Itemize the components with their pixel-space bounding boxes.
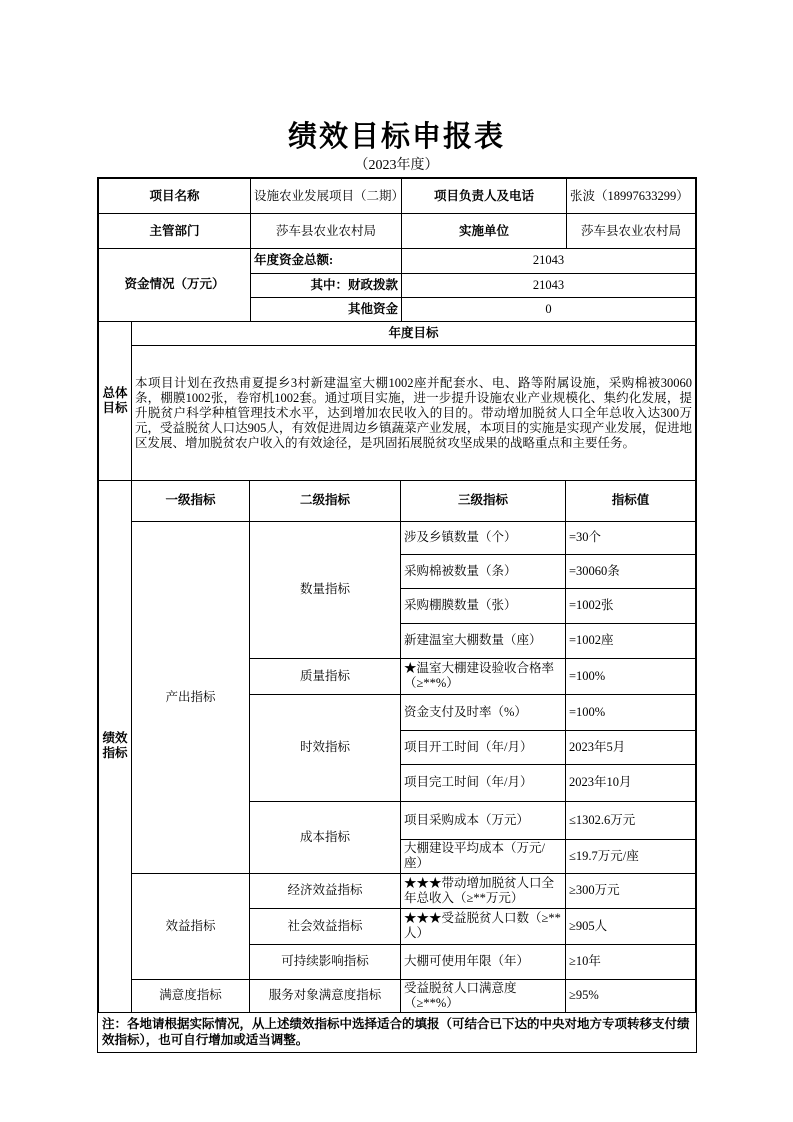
indicator-value-cell: ≥10年: [566, 944, 696, 979]
funding-total-label: 年度资金总额:: [251, 249, 402, 273]
funding-fiscal-label: 其中：财政拨款: [251, 273, 402, 297]
project-name-label: 项目名称: [99, 179, 251, 214]
overall-goal-side-label: 总体 目标: [99, 322, 132, 481]
indicator-value-cell: 2023年10月: [566, 764, 696, 801]
indicators-table: 绩效 指标 一级指标 二级指标 三级指标 指标值 产出指标 数量指标 涉及乡镇数…: [98, 481, 696, 1013]
page-subtitle: （2023年度）: [0, 154, 793, 174]
competent-dept-value: 莎车县农业农村局: [251, 214, 402, 249]
indicator-name-cell: 受益脱贫人口满意度（≥**%）: [401, 979, 566, 1012]
implement-unit-value: 莎车县农业农村局: [567, 214, 696, 249]
indicator-value-cell: ≥905人: [566, 908, 696, 944]
level1-benefit: 效益指标: [132, 873, 250, 979]
basic-info-table: 项目名称 设施农业发展项目（二期） 项目负责人及电话 张波（1899763329…: [98, 178, 696, 249]
annual-goal-text: 本项目计划在孜热甫夏提乡3村新建温室大棚1002座并配套水、电、路等附属设施，采…: [132, 346, 696, 481]
table-row: 效益指标 经济效益指标 ★★★带动增加脱贫人口全年总收入（≥**万元） ≥300…: [99, 873, 696, 908]
indicator-name-cell: 涉及乡镇数量（个）: [401, 521, 566, 554]
funding-other-label: 其他资金: [251, 297, 402, 321]
indicator-value-cell: =100%: [566, 694, 696, 730]
indicator-value-cell: =30个: [566, 521, 696, 554]
level2-service: 服务对象满意度指标: [250, 979, 401, 1012]
header-value: 指标值: [566, 481, 696, 521]
table-row: 满意度指标 服务对象满意度指标 受益脱贫人口满意度（≥**%） ≥95%: [99, 979, 696, 1012]
table-row: 产出指标 数量指标 涉及乡镇数量（个） =30个: [99, 521, 696, 554]
overall-goal-table: 总体 目标 年度目标 本项目计划在孜热甫夏提乡3村新建温室大棚1002座并配套水…: [98, 322, 696, 482]
indicator-name-cell: 项目采购成本（万元）: [401, 801, 566, 839]
indicator-name-cell: 大棚可使用年限（年）: [401, 944, 566, 979]
declaration-table: 项目名称 设施农业发展项目（二期） 项目负责人及电话 张波（1899763329…: [97, 177, 697, 1053]
level2-cost: 成本指标: [250, 801, 401, 873]
indicator-value-cell: ≥95%: [566, 979, 696, 1012]
indicator-value-cell: =1002张: [566, 588, 696, 623]
project-leader-value: 张波（18997633299）: [567, 179, 696, 214]
document-page: 绩效目标申报表 （2023年度） 项目名称 设施农业发展项目（二期） 项目负责人…: [0, 0, 793, 1122]
implement-unit-label: 实施单位: [402, 214, 567, 249]
header-level2: 二级指标: [250, 481, 401, 521]
header-level1: 一级指标: [132, 481, 250, 521]
level2-quality: 质量指标: [250, 658, 401, 694]
indicator-value-cell: ≥300万元: [566, 873, 696, 908]
indicator-name-cell: ★温室大棚建设验收合格率（≥**%）: [401, 658, 566, 694]
indicator-name-cell: 新建温室大棚数量（座）: [401, 623, 566, 658]
funding-label: 资金情况（万元）: [99, 249, 251, 321]
header-level3: 三级指标: [401, 481, 566, 521]
indicator-value-cell: ≤19.7万元/座: [566, 839, 696, 873]
indicator-value-cell: =1002座: [566, 623, 696, 658]
level1-satisfaction: 满意度指标: [132, 979, 250, 1012]
indicator-name-cell: ★★★受益脱贫人口数（≥**人）: [401, 908, 566, 944]
funding-fiscal-value: 21043: [402, 273, 696, 297]
project-name-value: 设施农业发展项目（二期）: [251, 179, 402, 214]
funding-total-value: 21043: [402, 249, 696, 273]
competent-dept-label: 主管部门: [99, 214, 251, 249]
level2-timeliness: 时效指标: [250, 694, 401, 801]
level2-social: 社会效益指标: [250, 908, 401, 944]
level2-sustain: 可持续影响指标: [250, 944, 401, 979]
annual-goal-header: 年度目标: [132, 322, 696, 346]
level2-quantity: 数量指标: [250, 521, 401, 658]
indicator-value-cell: =30060条: [566, 554, 696, 588]
indicator-name-cell: 项目开工时间（年/月）: [401, 730, 566, 764]
indicators-side-label: 绩效 指标: [99, 481, 132, 1012]
indicator-name-cell: 采购棚膜数量（张）: [401, 588, 566, 623]
indicator-name-cell: ★★★带动增加脱贫人口全年总收入（≥**万元）: [401, 873, 566, 908]
level2-economic: 经济效益指标: [250, 873, 401, 908]
funding-table: 资金情况（万元） 年度资金总额: 21043 其中：财政拨款 21043 其他资…: [98, 249, 696, 322]
footer-note: 注：各地请根据实际情况，从上述绩效指标中选择适合的填报（可结合已下达的中央对地方…: [98, 1013, 696, 1052]
indicator-name-cell: 大棚建设平均成本（万元/座）: [401, 839, 566, 873]
indicator-name-cell: 资金支付及时率（%）: [401, 694, 566, 730]
page-title: 绩效目标申报表: [0, 114, 793, 155]
indicator-value-cell: =100%: [566, 658, 696, 694]
funding-other-value: 0: [402, 297, 696, 321]
level1-output: 产出指标: [132, 521, 250, 873]
indicator-name-cell: 采购棉被数量（条）: [401, 554, 566, 588]
indicator-name-cell: 项目完工时间（年/月）: [401, 764, 566, 801]
indicator-value-cell: 2023年5月: [566, 730, 696, 764]
project-leader-label: 项目负责人及电话: [402, 179, 567, 214]
indicator-value-cell: ≤1302.6万元: [566, 801, 696, 839]
